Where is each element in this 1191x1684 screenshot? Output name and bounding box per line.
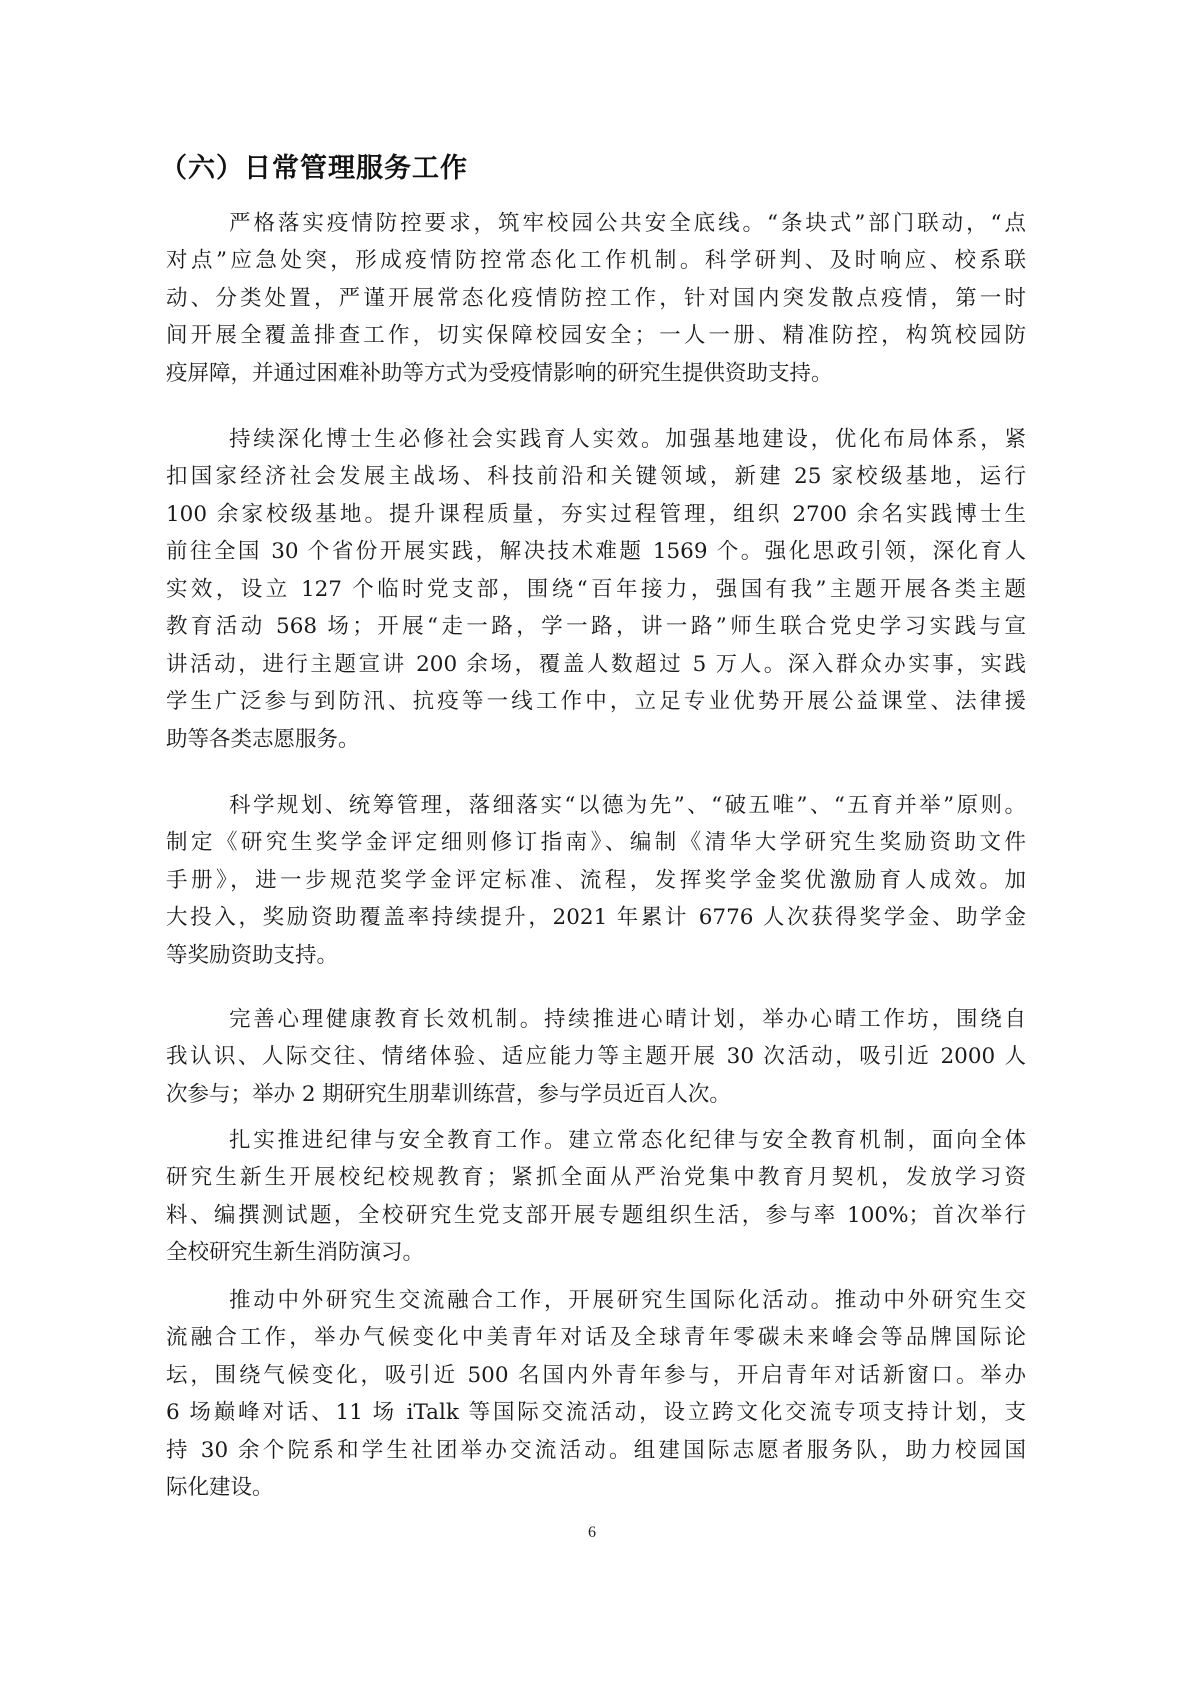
paragraph-4-line-2: 我认识、人际交往、情绪体验、适应能力等主题开展 30 次活动，吸引近 2000 … [166, 1043, 1026, 1071]
paragraph-2-line-9: 助等各类志愿服务。 [166, 726, 1026, 754]
paragraph-1-line-1: 严格落实疫情防控要求，筑牢校园公共安全底线。“条块式”部门联动，“点 [229, 210, 1026, 238]
paragraph-2-line-6: 教育活动 568 场；开展“走一路，学一路，讲一路”师生联合党史学习实践与宣 [166, 613, 1026, 641]
paragraph-3-line-3: 手册》，进一步规范奖学金评定标准、流程，发挥奖学金奖优激励育人成效。加 [166, 867, 1026, 895]
paragraph-6-line-2: 流融合工作，举办气候变化中美青年对话及全球青年零碳未来峰会等品牌国际论 [166, 1324, 1026, 1352]
paragraph-2-line-3: 100 余家校级基地。提升课程质量，夯实过程管理，组织 2700 余名实践博士生 [166, 501, 1026, 529]
paragraph-2-line-2: 扣国家经济社会发展主战场、科技前沿和关键领域，新建 25 家校级基地，运行 [166, 463, 1026, 491]
paragraph-1-line-5: 疫屏障，并通过困难补助等方式为受疫情影响的研究生提供资助支持。 [166, 360, 1026, 388]
section-heading: （六）日常管理服务工作 [160, 146, 468, 185]
paragraph-1-line-2: 对点”应急处突，形成疫情防控常态化工作机制。科学研判、及时响应、校系联 [166, 247, 1026, 275]
paragraph-3-line-5: 等奖励资助支持。 [166, 942, 1026, 970]
paragraph-2-line-7: 讲活动，进行主题宣讲 200 余场，覆盖人数超过 5 万人。深入群众办实事，实践 [166, 651, 1026, 679]
paragraph-6-line-5: 持 30 余个院系和学生社团举办交流活动。组建国际志愿者服务队，助力校园国 [166, 1437, 1026, 1465]
paragraph-4-line-1: 完善心理健康教育长效机制。持续推进心晴计划，举办心晴工作坊，围绕自 [229, 1006, 1026, 1034]
paragraph-1-line-3: 动、分类处置，严谨开展常态化疫情防控工作，针对国内突发散点疫情，第一时 [166, 285, 1026, 313]
paragraph-2-line-1: 持续深化博士生必修社会实践育人实效。加强基地建设，优化布局体系，紧 [229, 426, 1026, 454]
paragraph-2-line-4: 前往全国 30 个省份开展实践，解决技术难题 1569 个。强化思政引领，深化育… [166, 538, 1026, 566]
paragraph-3-line-2: 制定《研究生奖学金评定细则修订指南》、编制《清华大学研究生奖励资助文件 [166, 829, 1026, 857]
paragraph-5-line-3: 料、编撰测试题，全校研究生党支部开展专题组织生活，参与率 100%；首次举行 [166, 1202, 1026, 1230]
paragraph-5-line-4: 全校研究生新生消防演习。 [166, 1239, 1026, 1267]
paragraph-6-line-4: 6 场巅峰对话、11 场 iTalk 等国际交流活动，设立跨文化交流专项支持计划… [166, 1399, 1026, 1427]
paragraph-6-line-3: 坛，围绕气候变化，吸引近 500 名国内外青年参与，开启青年对话新窗口。举办 [166, 1362, 1026, 1390]
paragraph-3-line-1: 科学规划、统筹管理，落细落实“以德为先”、“破五唯”、“五育并举”原则。 [229, 792, 1026, 820]
paragraph-3-line-4: 大投入，奖励资助覆盖率持续提升，2021 年累计 6776 人次获得奖学金、助学… [166, 904, 1026, 932]
paragraph-5-line-2: 研究生新生开展校纪校规教育；紧抓全面从严治党集中教育月契机，发放学习资 [166, 1164, 1026, 1192]
page-number: 6 [588, 1524, 596, 1542]
paragraph-6-line-1: 推动中外研究生交流融合工作，开展研究生国际化活动。推动中外研究生交 [229, 1287, 1026, 1315]
paragraph-5-line-1: 扎实推进纪律与安全教育工作。建立常态化纪律与安全教育机制，面向全体 [229, 1127, 1026, 1155]
paragraph-1-line-4: 间开展全覆盖排查工作，切实保障校园安全；一人一册、精准防控，构筑校园防 [166, 322, 1026, 350]
paragraph-4-line-3: 次参与；举办 2 期研究生朋辈训练营，参与学员近百人次。 [166, 1081, 1026, 1109]
paragraph-2-line-8: 学生广泛参与到防汛、抗疫等一线工作中，立足专业优势开展公益课堂、法律援 [166, 688, 1026, 716]
document-page: （六）日常管理服务工作 严格落实疫情防控要求，筑牢校园公共安全底线。“条块式”部… [0, 0, 1191, 1684]
paragraph-2-line-5: 实效，设立 127 个临时党支部，围绕“百年接力，强国有我”主题开展各类主题 [166, 576, 1026, 604]
paragraph-6-line-6: 际化建设。 [166, 1474, 1026, 1502]
